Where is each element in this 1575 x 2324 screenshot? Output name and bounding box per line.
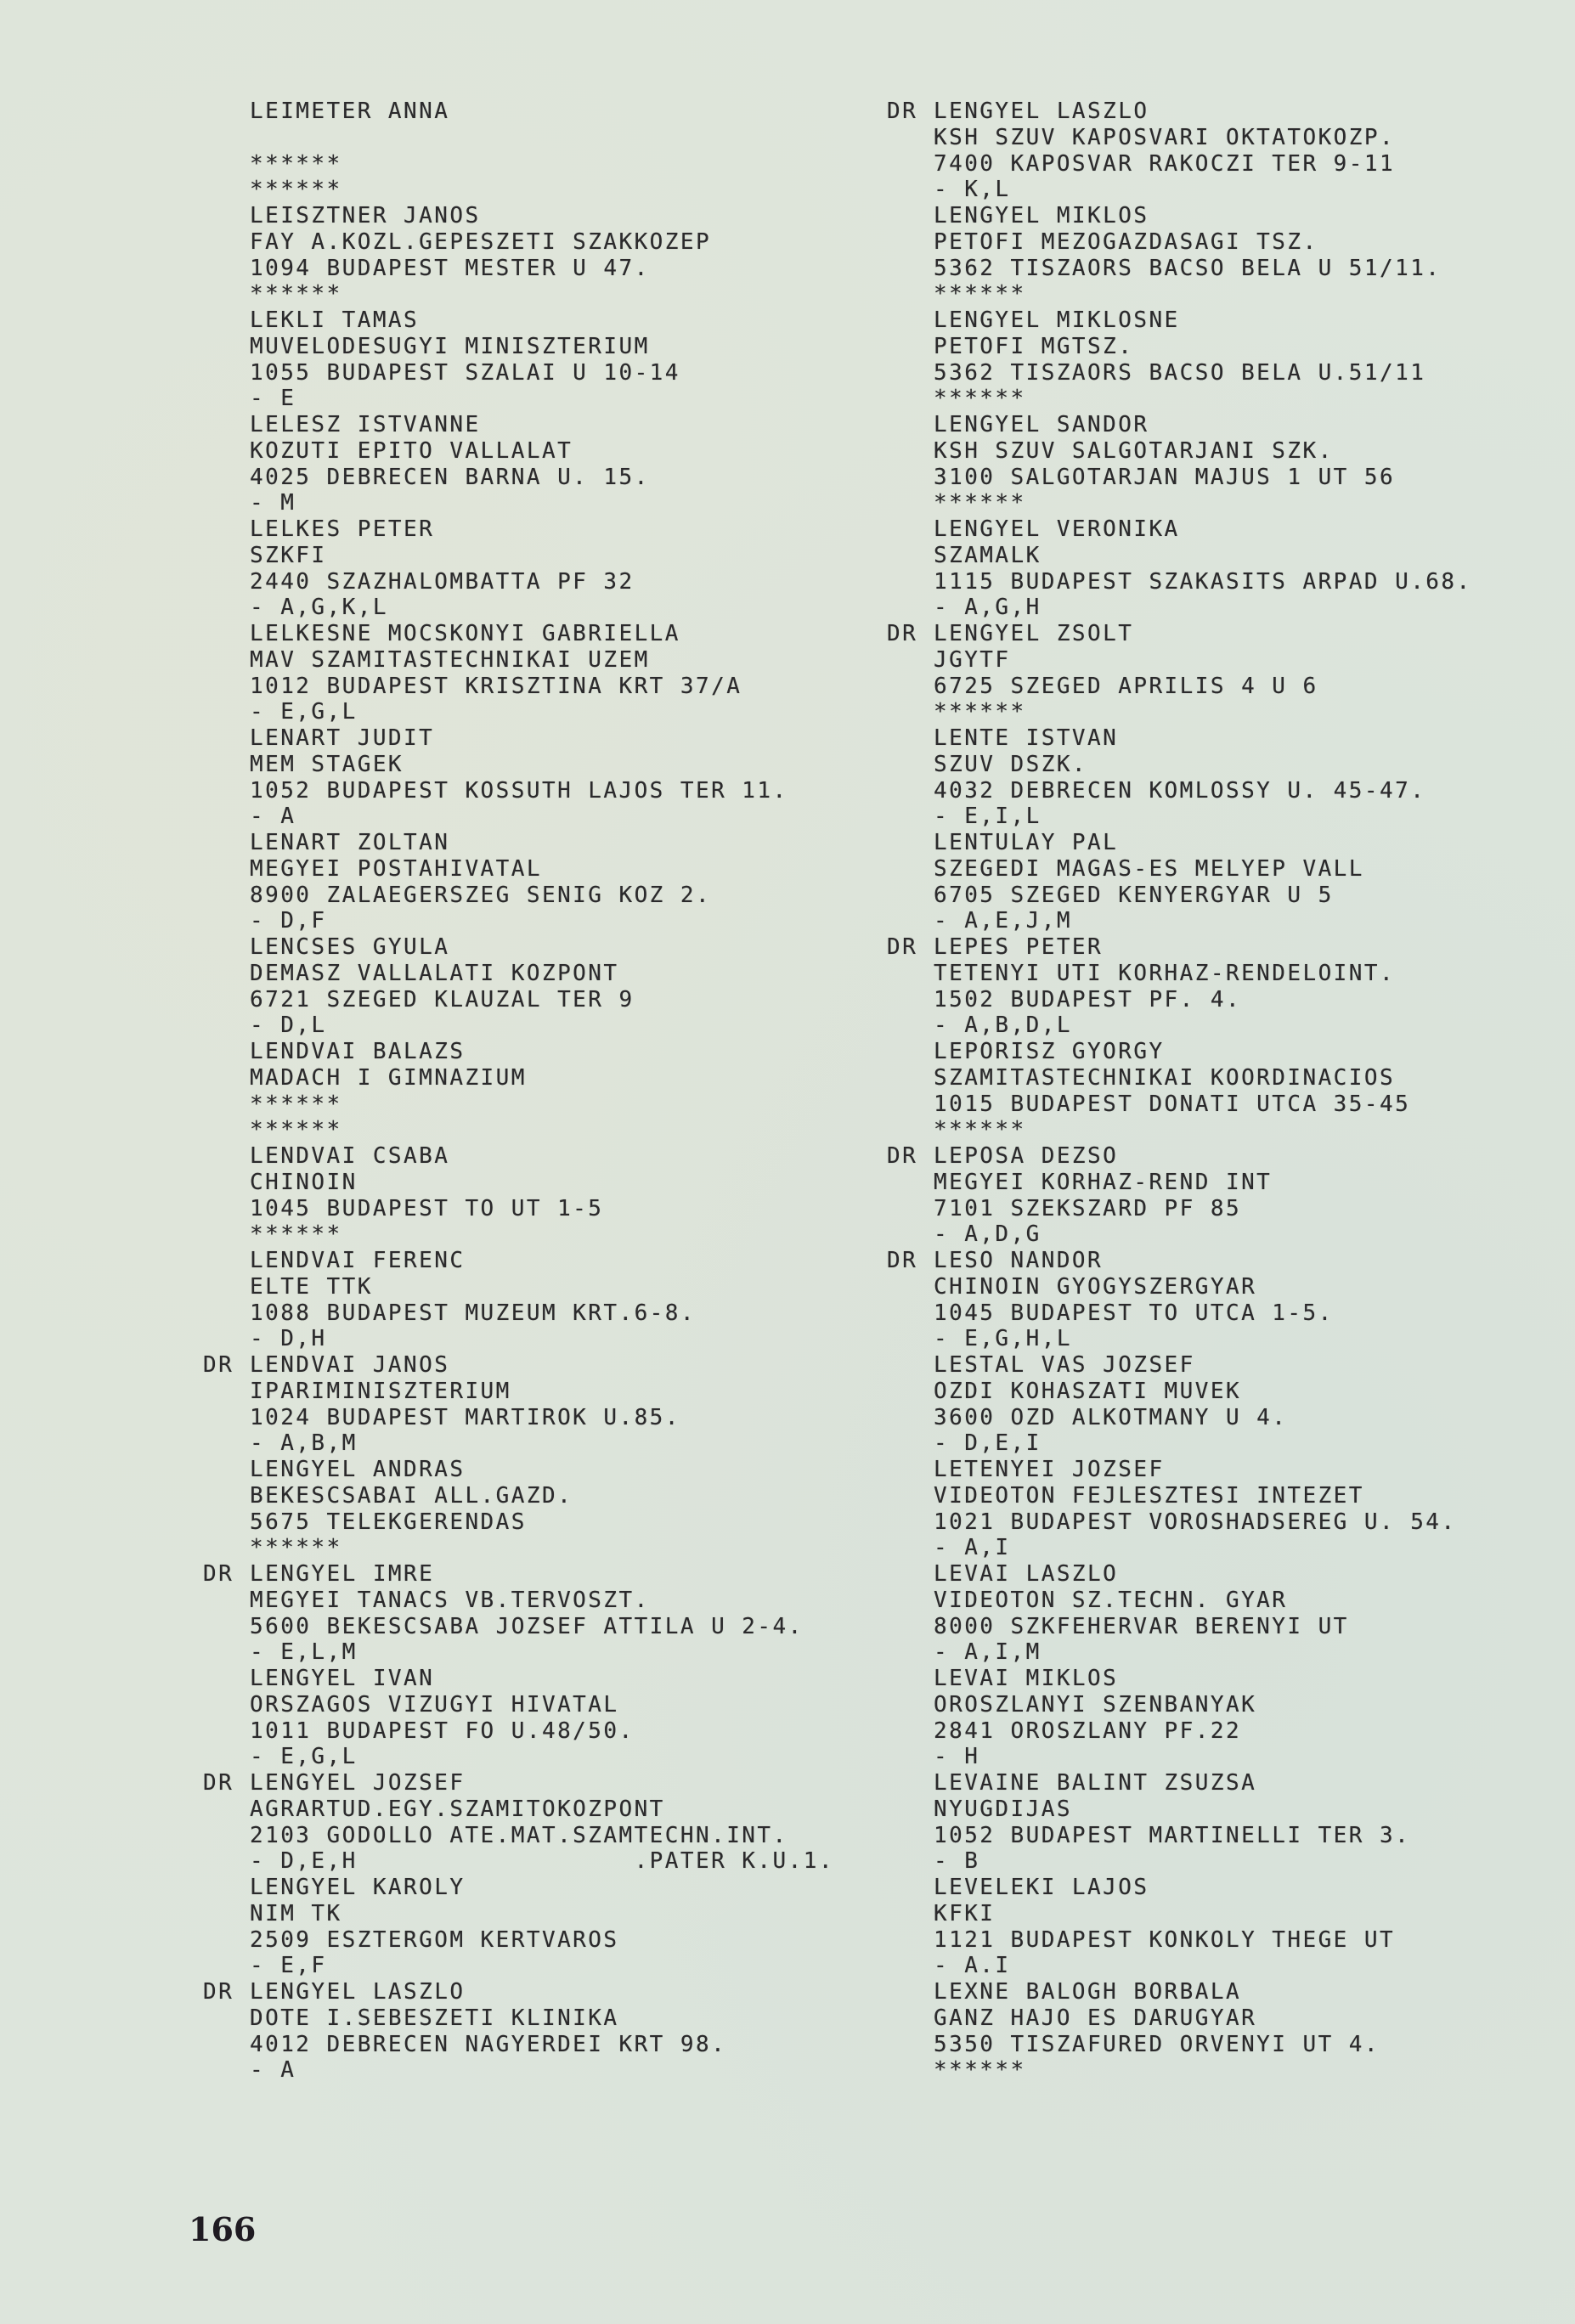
entry-line: CHINOIN GYOGYSZERGYAR (887, 1274, 1472, 1300)
line-text: LENGYEL KAROLY (250, 1875, 465, 1900)
entry-line: LEVAI LASZLO (887, 1561, 1472, 1588)
entry-line: LENGYEL KAROLY (203, 1875, 834, 1901)
line-text: - A,B,M (250, 1430, 358, 1456)
entry-line: LENDVAI FERENC (203, 1248, 834, 1274)
category-codes-line: - A,I,M (887, 1639, 1472, 1666)
entry-line: CHINOIN (203, 1170, 834, 1196)
entry-line: DOTE I.SEBESZETI KLINIKA (203, 2005, 834, 2032)
line-text: 2841 OROSZLANY PF.22 (934, 1718, 1241, 1744)
line-text: 4025 DEBRECEN BARNA U. 15. (250, 465, 650, 490)
title-prefix: DR (887, 1248, 934, 1274)
entry-line: PETOFI MGTSZ. (887, 334, 1472, 360)
line-text: 3100 SALGOTARJAN MAJUS 1 UT 56 (934, 465, 1395, 490)
entry-line: DRLENGYEL LASZLO (203, 1979, 834, 2005)
placeholder-line: ****** (887, 490, 1472, 516)
line-text: 1115 BUDAPEST SZAKASITS ARPAD U.68. (934, 569, 1472, 595)
entry-line: LENGYEL ANDRAS (203, 1457, 834, 1483)
line-text: 1121 BUDAPEST KONKOLY THEGE UT (934, 1927, 1395, 1953)
entry-line: 4012 DEBRECEN NAGYERDEI KRT 98. (203, 2032, 834, 2058)
entry-line: LEXNE BALOGH BORBALA (887, 1979, 1472, 2005)
line-text: 4032 DEBRECEN KOMLOSSY U. 45-47. (934, 778, 1425, 804)
placeholder-line: ****** (887, 386, 1472, 412)
line-text: MAV SZAMITASTECHNIKAI UZEM (250, 647, 650, 673)
line-text: LENGYEL MIKLOSNE (934, 307, 1180, 333)
placeholder-line: ****** (203, 1535, 834, 1561)
entry-line: 1015 BUDAPEST DONATI UTCA 35-45 (887, 1091, 1472, 1118)
line-text: ORSZAGOS VIZUGYI HIVATAL (250, 1692, 618, 1718)
line-text: ****** (250, 281, 342, 307)
line-text: PETOFI MEZOGAZDASAGI TSZ. (934, 229, 1318, 255)
entry-line: OROSZLANYI SZENBANYAK (887, 1692, 1472, 1718)
line-text: ****** (934, 1117, 1026, 1142)
line-text: - A,D,G (934, 1221, 1042, 1247)
entry-line: VIDEOTON SZ.TECHN. GYAR (887, 1588, 1472, 1614)
line-text: 1502 BUDAPEST PF. 4. (934, 987, 1241, 1013)
line-text: LENTE ISTVAN (934, 725, 1118, 751)
line-text: 8900 ZALAEGERSZEG SENIG KOZ 2. (250, 883, 711, 908)
entry-line: 5362 TISZAORS BACSO BELA U.51/11 (887, 360, 1472, 386)
line-text: LENGYEL ZSOLT (934, 621, 1133, 646)
placeholder-line: ****** (203, 151, 834, 178)
entry-line: BEKESCSABAI ALL.GAZD. (203, 1483, 834, 1509)
placeholder-line: ****** (203, 177, 834, 203)
line-text: LENGYEL ANDRAS (250, 1457, 465, 1482)
category-codes-line: - D,E,I (887, 1430, 1472, 1457)
category-codes-line: - D,F (203, 908, 834, 934)
line-text: ****** (250, 1221, 342, 1247)
entry-line: LENDVAI CSABA (203, 1143, 834, 1170)
line-text: LENGYEL VERONIKA (934, 516, 1180, 542)
line-text: ****** (934, 386, 1026, 411)
entry-line: LENTULAY PAL (887, 830, 1472, 856)
entry-line: DRLEPOSA DEZSO (887, 1143, 1472, 1170)
entry-line: LENART ZOLTAN (203, 830, 834, 856)
entry-line: OZDI KOHASZATI MUVEK (887, 1379, 1472, 1405)
line-text: - B (934, 1848, 979, 1874)
line-text: OROSZLANYI SZENBANYAK (934, 1692, 1256, 1718)
entry-line: 1021 BUDAPEST VOROSHADSEREG U. 54. (887, 1509, 1472, 1536)
line-text: NIM TK (250, 1901, 342, 1926)
line-text: MUVELODESUGYI MINISZTERIUM (250, 334, 650, 359)
line-text: KFKI (934, 1901, 995, 1926)
line-text: LENGYEL SANDOR (934, 412, 1149, 437)
line-text: MEGYEI POSTAHIVATAL (250, 856, 542, 882)
line-text: LELKESNE MOCSKONYI GABRIELLA (250, 621, 680, 646)
entry-line: 1024 BUDAPEST MARTIROK U.85. (203, 1405, 834, 1431)
line-text: - E (250, 386, 296, 411)
line-text: 5350 TISZAFURED ORVENYI UT 4. (934, 2032, 1380, 2057)
line-text: - D,F (250, 908, 327, 934)
line-text: SZUV DSZK. (934, 752, 1087, 777)
line-text: ****** (934, 281, 1026, 307)
entry-line: MEGYEI KORHAZ-REND INT (887, 1170, 1472, 1196)
line-text: - A,G,K,L (250, 595, 388, 620)
entry-line: LENTE ISTVAN (887, 725, 1472, 752)
entry-line: 5350 TISZAFURED ORVENYI UT 4. (887, 2032, 1472, 2058)
line-text: BEKESCSABAI ALL.GAZD. (250, 1483, 573, 1509)
entry-line: GANZ HAJO ES DARUGYAR (887, 2005, 1472, 2032)
entry-line: 4025 DEBRECEN BARNA U. 15. (203, 465, 834, 491)
category-codes-line: - E,G,H,L (887, 1326, 1472, 1352)
line-text: 5600 BEKESCSABA JOZSEF ATTILA U 2-4. (250, 1614, 804, 1639)
entry-line: 6725 SZEGED APRILIS 4 U 6 (887, 674, 1472, 700)
line-text: 2103 GODOLLO ATE.MAT.SZAMTECHN.INT. (250, 1823, 788, 1848)
entry-line: DRLENGYEL IMRE (203, 1561, 834, 1588)
line-text: LEPES PETER (934, 934, 1103, 960)
entry-line: DRLENGYEL ZSOLT (887, 621, 1472, 647)
page-number: 166 (189, 2210, 256, 2248)
entry-line: LEISZTNER JANOS (203, 203, 834, 229)
entry-line: KSH SZUV SALGOTARJANI SZK. (887, 438, 1472, 465)
entry-line: 1045 BUDAPEST TO UT 1-5 (203, 1196, 834, 1222)
title-prefix: DR (887, 99, 934, 125)
entry-line: 5362 TISZAORS BACSO BELA U 51/11. (887, 256, 1472, 282)
blank-line (203, 125, 834, 151)
entry-line: 1121 BUDAPEST KONKOLY THEGE UT (887, 1927, 1472, 1954)
category-codes-line: - D,E,H .PATER K.U.1. (203, 1848, 834, 1875)
category-codes-line: - A,B,D,L (887, 1013, 1472, 1039)
line-text: LEVAI MIKLOS (934, 1666, 1118, 1691)
line-text: 7101 SZEKSZARD PF 85 (934, 1196, 1241, 1221)
line-text: SZEGEDI MAGAS-ES MELYEP VALL (934, 856, 1364, 882)
line-text: LEIMETER ANNA (250, 99, 449, 124)
entry-line: 1055 BUDAPEST SZALAI U 10-14 (203, 360, 834, 386)
line-text: - D,L (250, 1013, 327, 1038)
line-text: LEVAINE BALINT ZSUZSA (934, 1770, 1256, 1796)
entry-line: KFKI (887, 1901, 1472, 1927)
entry-line: LENGYEL VERONIKA (887, 516, 1472, 543)
entry-line: LEVAINE BALINT ZSUZSA (887, 1770, 1472, 1797)
line-text: FAY A.KOZL.GEPESZETI SZAKKOZEP (250, 229, 711, 255)
line-text: LENTULAY PAL (934, 830, 1118, 855)
line-text: IPARIMINISZTERIUM (250, 1379, 511, 1404)
line-text: LENGYEL JOZSEF (250, 1770, 465, 1796)
entry-line: 5600 BEKESCSABA JOZSEF ATTILA U 2-4. (203, 1614, 834, 1640)
entry-line: LELKESNE MOCSKONYI GABRIELLA (203, 621, 834, 647)
line-text: LEVELEKI LAJOS (934, 1875, 1149, 1900)
line-text: 1045 BUDAPEST TO UTCA 1-5. (934, 1300, 1334, 1326)
line-text: - E,G,H,L (934, 1326, 1072, 1351)
category-codes-line: - A (203, 2057, 834, 2084)
line-text: 1021 BUDAPEST VOROSHADSEREG U. 54. (934, 1509, 1457, 1535)
line-text: LENGYEL LASZLO (934, 99, 1149, 124)
entry-line: 1115 BUDAPEST SZAKASITS ARPAD U.68. (887, 569, 1472, 595)
placeholder-line: ****** (203, 1117, 834, 1143)
line-text: 8000 SZKFEHERVAR BERENYI UT (934, 1614, 1349, 1639)
entry-line: 1088 BUDAPEST MUZEUM KRT.6-8. (203, 1300, 834, 1327)
line-text: LENGYEL MIKLOS (934, 203, 1149, 228)
entry-line: LEPORISZ GYORGY (887, 1039, 1472, 1065)
entry-line: KOZUTI EPITO VALLALAT (203, 438, 834, 465)
line-text: JGYTF (934, 647, 1011, 673)
entry-line: SZUV DSZK. (887, 752, 1472, 778)
line-text: ****** (250, 1091, 342, 1117)
line-text: VIDEOTON FEJLESZTESI INTEZET (934, 1483, 1364, 1509)
entry-line: 2509 ESZTERGOM KERTVAROS (203, 1927, 834, 1954)
line-text: LEVAI LASZLO (934, 1561, 1118, 1587)
line-text: 1052 BUDAPEST MARTINELLI TER 3. (934, 1823, 1410, 1848)
placeholder-line: ****** (887, 699, 1472, 725)
entry-line: 1011 BUDAPEST FO U.48/50. (203, 1718, 834, 1745)
line-text: LENART JUDIT (250, 725, 434, 751)
entry-line: DRLEPES PETER (887, 934, 1472, 961)
line-text: LELESZ ISTVANNE (250, 412, 481, 437)
entry-line: DRLENGYEL JOZSEF (203, 1770, 834, 1797)
line-text: VIDEOTON SZ.TECHN. GYAR (934, 1588, 1287, 1613)
line-text: - K,L (934, 177, 1011, 202)
entry-line: LELESZ ISTVANNE (203, 412, 834, 438)
title-prefix: DR (887, 621, 934, 647)
entry-line: SZEGEDI MAGAS-ES MELYEP VALL (887, 856, 1472, 883)
title-prefix: DR (203, 1561, 250, 1588)
category-codes-line: - E,F (203, 1953, 834, 1979)
line-text: 1015 BUDAPEST DONATI UTCA 35-45 (934, 1091, 1410, 1117)
entry-line: LENGYEL SANDOR (887, 412, 1472, 438)
category-codes-line: - A,B,M (203, 1430, 834, 1457)
line-text: MEGYEI TANACS VB.TERVOSZT. (250, 1588, 650, 1613)
line-text: MEM STAGEK (250, 752, 404, 777)
entry-line: 5675 TELEKGERENDAS (203, 1509, 834, 1536)
entry-line: SZKFI (203, 543, 834, 569)
line-text: 1055 BUDAPEST SZALAI U 10-14 (250, 360, 680, 386)
line-text: 2440 SZAZHALOMBATTA PF 32 (250, 569, 635, 595)
entry-line: LEVAI MIKLOS (887, 1666, 1472, 1692)
entry-line: SZAMITASTECHNIKAI KOORDINACIOS (887, 1065, 1472, 1091)
line-text: ****** (250, 1117, 342, 1142)
entry-line: 7400 KAPOSVAR RAKOCZI TER 9-11 (887, 151, 1472, 178)
line-text: LESTAL VAS JOZSEF (934, 1352, 1195, 1378)
title-prefix: DR (203, 1770, 250, 1797)
entry-line: DEMASZ VALLALATI KOZPONT (203, 961, 834, 987)
entry-line: 1012 BUDAPEST KRISZTINA KRT 37/A (203, 674, 834, 700)
line-text: 6725 SZEGED APRILIS 4 U 6 (934, 674, 1318, 699)
category-codes-line: - A,G,H (887, 595, 1472, 621)
entry-line: MEM STAGEK (203, 752, 834, 778)
entry-line: LENDVAI BALAZS (203, 1039, 834, 1065)
line-text: - D,H (250, 1326, 327, 1351)
entry-line: LENGYEL IVAN (203, 1666, 834, 1692)
line-text: - D,E,I (934, 1430, 1042, 1456)
line-text: 1052 BUDAPEST KOSSUTH LAJOS TER 11. (250, 778, 788, 804)
entry-line: LEVELEKI LAJOS (887, 1875, 1472, 1901)
line-text: LENDVAI BALAZS (250, 1039, 465, 1064)
entry-line: ORSZAGOS VIZUGYI HIVATAL (203, 1692, 834, 1718)
title-prefix: DR (203, 1352, 250, 1379)
entry-line: LELKES PETER (203, 516, 834, 543)
line-text: 1012 BUDAPEST KRISZTINA KRT 37/A (250, 674, 742, 699)
entry-line: KSH SZUV KAPOSVARI OKTATOKOZP. (887, 125, 1472, 151)
line-text: GANZ HAJO ES DARUGYAR (934, 2005, 1256, 2031)
entry-line: 4032 DEBRECEN KOMLOSSY U. 45-47. (887, 778, 1472, 804)
entry-line: 3100 SALGOTARJAN MAJUS 1 UT 56 (887, 465, 1472, 491)
line-text: KSH SZUV KAPOSVARI OKTATOKOZP. (934, 125, 1395, 150)
entry-line: LEIMETER ANNA (203, 99, 834, 125)
entry-line: NYUGDIJAS (887, 1797, 1472, 1823)
placeholder-line: ****** (203, 1091, 834, 1118)
line-text: DEMASZ VALLALATI KOZPONT (250, 961, 618, 986)
entry-line: 1052 BUDAPEST KOSSUTH LAJOS TER 11. (203, 778, 834, 804)
line-text: LEPOSA DEZSO (934, 1143, 1118, 1169)
line-text: LENDVAI JANOS (250, 1352, 449, 1378)
entry-line: VIDEOTON FEJLESZTESI INTEZET (887, 1483, 1472, 1509)
line-text: ****** (250, 177, 342, 202)
directory-column-left: LEIMETER ANNA************LEISZTNER JANOS… (203, 99, 834, 2084)
line-text: PETOFI MGTSZ. (934, 334, 1133, 359)
category-codes-line: - A,I (887, 1535, 1472, 1561)
line-text: - A.I (934, 1953, 1011, 1978)
line-text: - H (934, 1744, 979, 1769)
category-codes-line: - K,L (887, 177, 1472, 203)
title-prefix: DR (887, 1143, 934, 1170)
entry-line: JGYTF (887, 647, 1472, 674)
title-prefix: DR (203, 1979, 250, 2005)
entry-line: LEKLI TAMAS (203, 307, 834, 334)
entry-line: MAV SZAMITASTECHNIKAI UZEM (203, 647, 834, 674)
category-codes-line: - A,G,K,L (203, 595, 834, 621)
entry-line: LENGYEL MIKLOSNE (887, 307, 1472, 334)
line-text: ****** (250, 1535, 342, 1560)
entry-line: DRLENDVAI JANOS (203, 1352, 834, 1379)
line-text: CHINOIN (250, 1170, 358, 1195)
line-text: ****** (250, 151, 342, 177)
line-text: 5675 TELEKGERENDAS (250, 1509, 527, 1535)
line-text: ****** (934, 490, 1026, 516)
line-text: CHINOIN GYOGYSZERGYAR (934, 1274, 1256, 1300)
line-text: LEPORISZ GYORGY (934, 1039, 1165, 1064)
line-text: - A,G,H (934, 595, 1042, 620)
category-codes-line: - A (203, 804, 834, 830)
line-text: LENDVAI FERENC (250, 1248, 465, 1273)
entry-line: 3600 OZD ALKOTMANY U 4. (887, 1405, 1472, 1431)
line-text: - A,I (934, 1535, 1011, 1560)
category-codes-line: - A,D,G (887, 1221, 1472, 1248)
entry-line: 8900 ZALAEGERSZEG SENIG KOZ 2. (203, 883, 834, 909)
line-text: 1011 BUDAPEST FO U.48/50. (250, 1718, 635, 1744)
line-text: 2509 ESZTERGOM KERTVAROS (250, 1927, 618, 1953)
entry-line: SZAMALK (887, 543, 1472, 569)
line-text: - A,E,J,M (934, 908, 1072, 934)
entry-line: 2440 SZAZHALOMBATTA PF 32 (203, 569, 834, 595)
category-codes-line: - E,L,M (203, 1639, 834, 1666)
placeholder-line: ****** (203, 1221, 834, 1248)
line-text: LEXNE BALOGH BORBALA (934, 1979, 1241, 2005)
line-text: - A,I,M (934, 1639, 1042, 1665)
line-text: 4012 DEBRECEN NAGYERDEI KRT 98. (250, 2032, 726, 2057)
entry-line: 1502 BUDAPEST PF. 4. (887, 987, 1472, 1013)
title-prefix: DR (887, 934, 934, 961)
line-text: - E,I,L (934, 804, 1042, 829)
entry-line: MADACH I GIMNAZIUM (203, 1065, 834, 1091)
line-text: - E,F (250, 1953, 327, 1978)
entry-line: 6705 SZEGED KENYERGYAR U 5 (887, 883, 1472, 909)
placeholder-line: ****** (887, 281, 1472, 307)
line-text: - D,E,H .PATER K.U.1. (250, 1848, 834, 1874)
line-text: TETENYI UTI KORHAZ-RENDELOINT. (934, 961, 1395, 986)
category-codes-line: - A,E,J,M (887, 908, 1472, 934)
line-text: - A,B,D,L (934, 1013, 1072, 1038)
line-text: KOZUTI EPITO VALLALAT (250, 438, 573, 464)
category-codes-line: - E,G,L (203, 699, 834, 725)
placeholder-line: ****** (203, 281, 834, 307)
entry-line: LENGYEL MIKLOS (887, 203, 1472, 229)
line-text: LENDVAI CSABA (250, 1143, 449, 1169)
line-text: AGRARTUD.EGY.SZAMITOKOZPONT (250, 1797, 665, 1822)
line-text: LESO NANDOR (934, 1248, 1103, 1273)
category-codes-line: - D,L (203, 1013, 834, 1039)
entry-line: IPARIMINISZTERIUM (203, 1379, 834, 1405)
entry-line: NIM TK (203, 1901, 834, 1927)
placeholder-line: ****** (887, 1117, 1472, 1143)
line-text: - A (250, 804, 296, 829)
line-text: - E,G,L (250, 1744, 358, 1769)
entry-line: DRLENGYEL LASZLO (887, 99, 1472, 125)
category-codes-line: - M (203, 490, 834, 516)
entry-line: DRLESO NANDOR (887, 1248, 1472, 1274)
entry-line: PETOFI MEZOGAZDASAGI TSZ. (887, 229, 1472, 256)
line-text: - A (250, 2057, 296, 2083)
entry-line: 2841 OROSZLANY PF.22 (887, 1718, 1472, 1745)
line-text: - E,L,M (250, 1639, 358, 1665)
entry-line: FAY A.KOZL.GEPESZETI SZAKKOZEP (203, 229, 834, 256)
line-text: LENGYEL IMRE (250, 1561, 434, 1587)
line-text: DOTE I.SEBESZETI KLINIKA (250, 2005, 618, 2031)
category-codes-line: - B (887, 1848, 1472, 1875)
entry-line: LESTAL VAS JOZSEF (887, 1352, 1472, 1379)
entry-line: TETENYI UTI KORHAZ-RENDELOINT. (887, 961, 1472, 987)
entry-line: 8000 SZKFEHERVAR BERENYI UT (887, 1614, 1472, 1640)
entry-line: 1052 BUDAPEST MARTINELLI TER 3. (887, 1823, 1472, 1849)
entry-line: 2103 GODOLLO ATE.MAT.SZAMTECHN.INT. (203, 1823, 834, 1849)
entry-line: ELTE TTK (203, 1274, 834, 1300)
category-codes-line: - E,I,L (887, 804, 1472, 830)
line-text: LETENYEI JOZSEF (934, 1457, 1165, 1482)
line-text: LELKES PETER (250, 516, 434, 542)
line-text: LENART ZOLTAN (250, 830, 449, 855)
line-text: 1045 BUDAPEST TO UT 1-5 (250, 1196, 603, 1221)
directory-column-right: DRLENGYEL LASZLOKSH SZUV KAPOSVARI OKTAT… (887, 99, 1472, 2084)
line-text: 5362 TISZAORS BACSO BELA U 51/11. (934, 256, 1441, 281)
entry-line: 7101 SZEKSZARD PF 85 (887, 1196, 1472, 1222)
line-text: SZAMITASTECHNIKAI KOORDINACIOS (934, 1065, 1395, 1091)
line-text: ****** (934, 699, 1026, 725)
category-codes-line: - D,H (203, 1326, 834, 1352)
category-codes-line: - E (203, 386, 834, 412)
entry-line: LETENYEI JOZSEF (887, 1457, 1472, 1483)
line-text: ELTE TTK (250, 1274, 373, 1300)
line-text: MADACH I GIMNAZIUM (250, 1065, 527, 1091)
category-codes-line: - A.I (887, 1953, 1472, 1979)
entry-line: AGRARTUD.EGY.SZAMITOKOZPONT (203, 1797, 834, 1823)
entry-line: 1045 BUDAPEST TO UTCA 1-5. (887, 1300, 1472, 1327)
line-text: NYUGDIJAS (934, 1797, 1072, 1822)
line-text: SZAMALK (934, 543, 1042, 568)
line-text: 1024 BUDAPEST MARTIROK U.85. (250, 1405, 680, 1430)
placeholder-line: ****** (887, 2057, 1472, 2084)
category-codes-line: - H (887, 1744, 1472, 1770)
entry-line: MEGYEI TANACS VB.TERVOSZT. (203, 1588, 834, 1614)
line-text: LENGYEL LASZLO (250, 1979, 465, 2005)
entry-line: 6721 SZEGED KLAUZAL TER 9 (203, 987, 834, 1013)
entry-line: LENART JUDIT (203, 725, 834, 752)
line-text: LEKLI TAMAS (250, 307, 419, 333)
line-text: ****** (934, 2057, 1026, 2083)
line-text: SZKFI (250, 543, 327, 568)
line-text: 5362 TISZAORS BACSO BELA U.51/11 (934, 360, 1425, 386)
line-text: 3600 OZD ALKOTMANY U 4. (934, 1405, 1287, 1430)
entry-line: 1094 BUDAPEST MESTER U 47. (203, 256, 834, 282)
entry-line: LENCSES GYULA (203, 934, 834, 961)
entry-line: MUVELODESUGYI MINISZTERIUM (203, 334, 834, 360)
